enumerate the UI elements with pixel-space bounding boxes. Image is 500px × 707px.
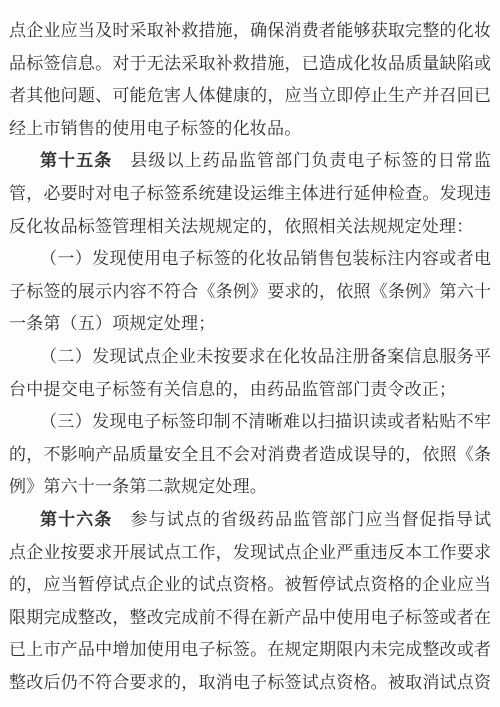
line-text: 者其他问题、可能危害人体健康的，应当立即停止生产并召回已 bbox=[9, 86, 491, 105]
line-text: 反化妆品标签管理相关法规规定的，依照相关法规规定处理： bbox=[9, 217, 473, 236]
text-line: 已上市产品中增加使用电子标签。在规定期限内未完成整改或者 bbox=[9, 634, 491, 667]
text-line: 的，不影响产品质量安全且不会对消费者造成误导的，依照《条 bbox=[9, 439, 491, 472]
text-line: 一条第（五）项规定处理； bbox=[9, 308, 491, 341]
text-line: 子标签的展示内容不符合《条例》要求的，依照《条例》第六十 bbox=[9, 276, 491, 309]
text-line: 台中提交电子标签有关信息的，由药品监管部门责令改正； bbox=[9, 374, 491, 407]
line-text: 子标签的展示内容不符合《条例》要求的，依照《条例》第六十 bbox=[9, 282, 491, 301]
text-line-item-2: （二）发现试点企业未按要求在化妆品注册备案信息服务平 bbox=[9, 341, 491, 374]
line-text: 限期完成整改，整改完成前不得在新产品中使用电子标签或者在 bbox=[9, 608, 491, 627]
text-line: 点企业按要求开展试点工作，发现试点企业严重违反本工作要求 bbox=[9, 537, 491, 570]
line-text: 管，必要时对电子标签系统建设运维主体进行延伸检查。发现违 bbox=[9, 184, 491, 203]
text-line: 管，必要时对电子标签系统建设运维主体进行延伸检查。发现违 bbox=[9, 178, 491, 211]
text-line: 限期完成整改，整改完成前不得在新产品中使用电子标签或者在 bbox=[9, 602, 491, 635]
text-line: 点企业应当及时采取补救措施，确保消费者能够获取完整的化妆 bbox=[9, 15, 491, 48]
article-16-heading: 第十六条 bbox=[40, 510, 112, 529]
text-line-item-3: （三）发现电子标签印制不清晰难以扫描识读或者粘贴不牢 bbox=[9, 406, 491, 439]
text-line-article-15: 第十五条 县级以上药品监管部门负责电子标签的日常监 bbox=[9, 145, 491, 178]
text-line: 经上市销售的使用电子标签的化妆品。 bbox=[9, 113, 491, 146]
line-text: 品标签信息。对于无法采取补救措施，已造成化妆品质量缺陷或 bbox=[9, 54, 491, 73]
line-text: 一条第（五）项规定处理； bbox=[9, 314, 215, 333]
line-text: 台中提交电子标签有关信息的，由药品监管部门责令改正； bbox=[9, 380, 456, 399]
line-text: 经上市销售的使用电子标签的化妆品。 bbox=[9, 119, 301, 138]
line-text: 县级以上药品监管部门负责电子标签的日常监 bbox=[112, 151, 491, 170]
text-line-item-1: （一）发现使用电子标签的化妆品销售包装标注内容或者电 bbox=[9, 243, 491, 276]
text-line: 品标签信息。对于无法采取补救措施，已造成化妆品质量缺陷或 bbox=[9, 48, 491, 81]
article-15-heading: 第十五条 bbox=[40, 151, 112, 170]
line-text: （一）发现使用电子标签的化妆品销售包装标注内容或者电 bbox=[40, 249, 491, 268]
text-line: 例》第六十一条第二款规定处理。 bbox=[9, 471, 491, 504]
text-line: 的，应当暂停试点企业的试点资格。被暂停试点资格的企业应当 bbox=[9, 569, 491, 602]
line-text: （三）发现电子标签印制不清晰难以扫描识读或者粘贴不牢 bbox=[40, 412, 491, 431]
line-text: 的，不影响产品质量安全且不会对消费者造成误导的，依照《条 bbox=[9, 445, 491, 464]
line-text: 例》第六十一条第二款规定处理。 bbox=[9, 477, 267, 496]
text-line: 整改后仍不符合要求的，取消电子标签试点资格。被取消试点资 bbox=[9, 667, 491, 700]
document-page: 点企业应当及时采取补救措施，确保消费者能够获取完整的化妆 品标签信息。对于无法采… bbox=[0, 0, 500, 707]
line-text: 点企业按要求开展试点工作，发现试点企业严重违反本工作要求 bbox=[9, 543, 491, 562]
line-text: （二）发现试点企业未按要求在化妆品注册备案信息服务平 bbox=[40, 347, 491, 366]
text-line: 者其他问题、可能危害人体健康的，应当立即停止生产并召回已 bbox=[9, 80, 491, 113]
text-line-article-16: 第十六条 参与试点的省级药品监管部门应当督促指导试 bbox=[9, 504, 491, 537]
line-text: 的，应当暂停试点企业的试点资格。被暂停试点资格的企业应当 bbox=[9, 575, 491, 594]
text-line: 反化妆品标签管理相关法规规定的，依照相关法规规定处理： bbox=[9, 211, 491, 244]
line-text: 已上市产品中增加使用电子标签。在规定期限内未完成整改或者 bbox=[9, 640, 491, 659]
line-text: 参与试点的省级药品监管部门应当督促指导试 bbox=[112, 510, 491, 529]
document-text-block: 点企业应当及时采取补救措施，确保消费者能够获取完整的化妆 品标签信息。对于无法采… bbox=[0, 0, 500, 699]
line-text: 整改后仍不符合要求的，取消电子标签试点资格。被取消试点资 bbox=[9, 673, 491, 692]
line-text: 点企业应当及时采取补救措施，确保消费者能够获取完整的化妆 bbox=[9, 21, 491, 40]
